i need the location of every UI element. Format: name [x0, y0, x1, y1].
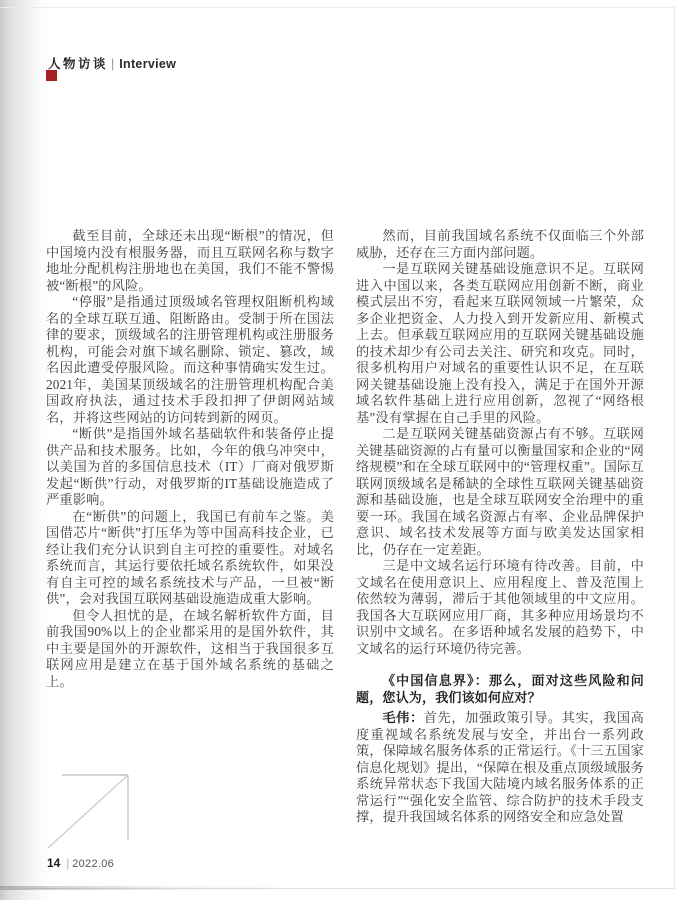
magazine-page: 人物访谈|Interview 截至目前，全球还未出现“断根”的情况，但中国境内没…	[0, 0, 684, 900]
footer-separator: |	[66, 858, 69, 870]
section-title-en: Interview	[119, 57, 176, 71]
scan-shadow-bottom	[0, 886, 315, 890]
page-number: 14	[47, 856, 60, 870]
paragraph: 在“断供”的问题上，我国已有前车之鉴。美国借芯片“断供”打压华为等中国高科技企业…	[46, 509, 334, 608]
interview-question: 《中国信息界》：那么，面对这些风险和问题，您认为，我们该如何应对？	[356, 672, 644, 706]
interviewee-name: 毛伟：	[382, 710, 423, 725]
page-footer: 14|2022.06	[47, 856, 114, 870]
section-header: 人物访谈|Interview	[48, 54, 176, 72]
paragraph: “停服”是指通过顶级域名管理权阻断机构域名的全球互联互通、阻断路由。受制于所在国…	[46, 294, 334, 426]
interviewer-name: 《中国信息界》：	[382, 673, 489, 688]
section-marker-square	[46, 70, 57, 81]
issue-date: 2022.06	[72, 858, 114, 870]
header-separator: |	[111, 57, 114, 71]
right-column: 然而，目前我国域名系统不仅面临三个外部威胁，还存在三方面内部问题。 一是互联网关…	[356, 228, 644, 826]
interview-answer: 毛伟：首先，加强政策引导。其实，我国高度重视域名系统发展与安全，并出台一系列政策…	[356, 710, 644, 826]
corner-arrow-mark	[46, 772, 134, 852]
paragraph: 截至目前，全球还未出现“断根”的情况，但中国境内没有根服务器，而且互联网名称与数…	[46, 228, 334, 294]
paragraph: “断供”是指国外域名基础软件和装备停止提供产品和技术服务。比如，今年的俄乌冲突中…	[46, 426, 334, 509]
paragraph: 然而，目前我国域名系统不仅面临三个外部威胁，还存在三方面内部问题。	[356, 228, 644, 261]
paragraph: 但令人担忧的是，在域名解析软件方面，目前我国90%以上的企业都采用的是国外软件，…	[46, 608, 334, 691]
paragraph: 二是互联网关键基础资源占有不够。互联网关键基础资源的占有量可以衡量国家和企业的“…	[356, 426, 644, 558]
left-column: 截至目前，全球还未出现“断根”的情况，但中国境内没有根服务器，而且互联网名称与数…	[46, 228, 334, 826]
article-body: 截至目前，全球还未出现“断根”的情况，但中国境内没有根服务器，而且互联网名称与数…	[46, 228, 644, 826]
section-title-cn: 人物访谈	[48, 57, 108, 71]
scan-shadow-left	[0, 0, 52, 900]
paragraph: 三是中文域名运行环境有待改善。目前，中文域名在使用意识上、应用程度上、普及范围上…	[356, 558, 644, 657]
paragraph: 一是互联网关键基础设施意识不足。互联网进入中国以来，各类互联网应用创新不断，商业…	[356, 261, 644, 426]
answer-text: 首先，加强政策引导。其实，我国高度重视域名系统发展与安全，并出台一系列政策，保障…	[356, 710, 644, 824]
